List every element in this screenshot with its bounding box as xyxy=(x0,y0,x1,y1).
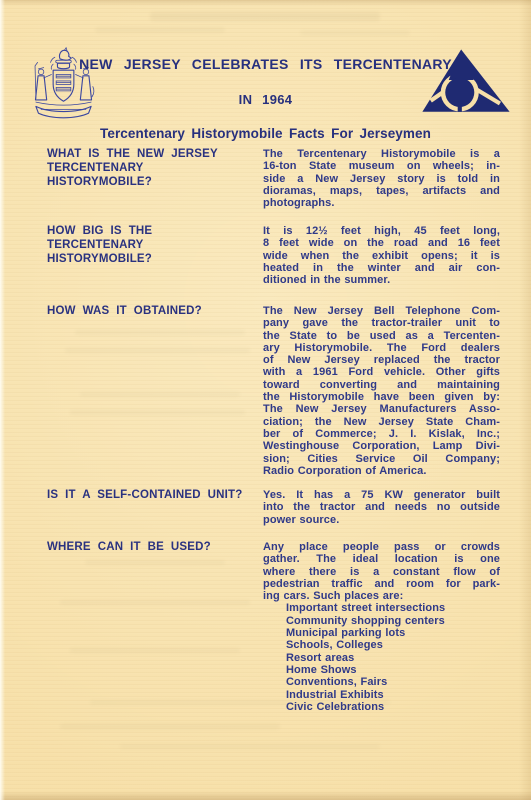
question-line: HOW WAS IT OBTAINED? xyxy=(47,305,252,319)
question-line: TERCENTENARY HISTORYMOBILE? xyxy=(47,162,252,190)
answer-line: The New Jersey Manufacturers Asso- xyxy=(263,403,500,415)
ink-bleedthrough-smudge xyxy=(60,724,280,729)
ink-bleedthrough-smudge xyxy=(70,648,240,653)
ink-bleedthrough-smudge xyxy=(85,560,225,565)
answer-line: ditioned in the summer. xyxy=(263,274,500,286)
answer-line: Civic Celebrations xyxy=(263,701,500,713)
ink-bleedthrough-smudge xyxy=(120,744,380,749)
answer-line: ing cars. Such places are: xyxy=(263,590,500,602)
answer-line: with a 1961 Ford vehicle. Other gifts xyxy=(263,366,500,378)
answer-line: Community shopping centers xyxy=(263,615,500,627)
answer-line: Conventions, Fairs xyxy=(263,676,500,688)
answer-line: toward converting and maintaining xyxy=(263,379,500,391)
answer-line: Yes. It has a 75 KW generator built xyxy=(263,489,500,501)
ink-bleedthrough-smudge xyxy=(60,600,250,605)
answer-line: dioramas, maps, tapes, artifacts and xyxy=(263,185,500,197)
answer-line: power source. xyxy=(263,514,500,526)
question: WHAT IS THE NEW JERSEYTERCENTENARY HISTO… xyxy=(47,148,252,189)
ink-bleedthrough-smudge xyxy=(150,12,380,21)
answer-line: Municipal parking lots xyxy=(263,627,500,639)
answer-line: where there is a constant flow of xyxy=(263,566,500,578)
answer-line: of New Jersey replaced the tractor xyxy=(263,354,500,366)
answer-line: The New Jersey Bell Telephone Com- xyxy=(263,305,500,317)
ink-bleedthrough-smudge xyxy=(70,410,245,415)
answer: The Tercentenary Historymobile is a16-to… xyxy=(263,148,500,209)
answer-line: ber of Commerce; J. I. Kislak, Inc.; xyxy=(263,428,500,440)
ink-bleedthrough-smudge xyxy=(65,348,250,353)
answer-line: gather. The ideal location is one xyxy=(263,553,500,565)
answer-line: Any place people pass or crowds xyxy=(263,541,500,553)
answer-line: photographs. xyxy=(263,197,500,209)
question: IS IT A SELF-CONTAINED UNIT? xyxy=(47,489,252,503)
question-line: WHERE CAN IT BE USED? xyxy=(47,541,252,555)
answer-line: ary Historymobile. The Ford dealers xyxy=(263,342,500,354)
question: HOW WAS IT OBTAINED? xyxy=(47,305,252,319)
answer-line: Resort areas xyxy=(263,652,500,664)
question-line: IS IT A SELF-CONTAINED UNIT? xyxy=(47,489,252,503)
question-line: HISTORYMOBILE? xyxy=(47,253,252,267)
ink-bleedthrough-smudge xyxy=(300,30,410,36)
question-line: WHAT IS THE NEW JERSEY xyxy=(47,148,252,162)
answer-line: It is 12½ feet high, 45 feet long, xyxy=(263,225,500,237)
question-line: HOW BIG IS THE TERCENTENARY xyxy=(47,225,252,253)
answer-line: The Tercentenary Historymobile is a xyxy=(263,148,500,160)
answer-line: pedestrian traffic and room for park- xyxy=(263,578,500,590)
answer: Any place people pass or crowdsgather. T… xyxy=(263,541,500,713)
answer-line: heated in the winter and air con- xyxy=(263,262,500,274)
paper-edge-top xyxy=(0,0,531,6)
ink-bleedthrough-smudge xyxy=(80,392,240,397)
answer: Yes. It has a 75 KW generator builtinto … xyxy=(263,489,500,526)
answer-line: sion; Cities Service Oil Company; xyxy=(263,453,500,465)
answer-line: Schools, Colleges xyxy=(263,639,500,651)
answer-line: side a New Jersey story is told in xyxy=(263,173,500,185)
question: HOW BIG IS THE TERCENTENARYHISTORYMOBILE… xyxy=(47,225,252,266)
answer-line: 16-ton State museum on wheels; in- xyxy=(263,160,500,172)
paper-edge-bottom xyxy=(0,791,531,800)
ink-bleedthrough-smudge xyxy=(95,27,225,33)
header-subtitle: Tercentenary Historymobile Facts For Jer… xyxy=(0,126,531,141)
answer-line: the State to be used as a Tercenten- xyxy=(263,330,500,342)
tercentenary-logo-icon xyxy=(421,48,511,114)
answer-line: Industrial Exhibits xyxy=(263,689,500,701)
answer-line: into the tractor and needs no outside xyxy=(263,501,500,513)
answer-line: the Historymobile have been given by: xyxy=(263,391,500,403)
answer-line: Important street intersections xyxy=(263,602,500,614)
answer-line: ciation; the New Jersey State Cham- xyxy=(263,416,500,428)
question: WHERE CAN IT BE USED? xyxy=(47,541,252,555)
brochure-page: NEW JERSEY CELEBRATES ITS TERCENTENARY I… xyxy=(0,0,531,800)
answer-line: pany gave the tractor-trailer unit to xyxy=(263,317,500,329)
paper-edge-right xyxy=(519,0,531,800)
answer: The New Jersey Bell Telephone Com-pany g… xyxy=(263,305,500,477)
answer-line: Home Shows xyxy=(263,664,500,676)
answer-line: wide when the exhibit opens; it is xyxy=(263,250,500,262)
answer-line: Westinghouse Corporation, Lamp Divi- xyxy=(263,440,500,452)
answer-line: 8 feet wide on the road and 16 feet xyxy=(263,237,500,249)
answer: It is 12½ feet high, 45 feet long,8 feet… xyxy=(263,225,500,286)
ink-bleedthrough-smudge xyxy=(75,330,245,335)
answer-line: Radio Corporation of America. xyxy=(263,465,500,477)
paper-edge-left xyxy=(0,0,5,800)
